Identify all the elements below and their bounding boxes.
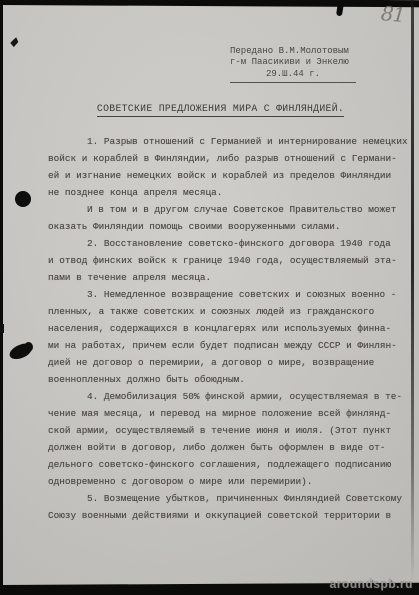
text-line: оказать Финляндии помощь своими вооружен… — [48, 218, 390, 235]
ink-speck — [9, 36, 19, 48]
text-line: 5. Возмещение убытков, причиненных Финля… — [48, 490, 390, 507]
text-line: должен войти в договор, либо должен быть… — [48, 439, 390, 456]
transmission-line: г-м Паасикиви и Энкелю — [230, 57, 356, 68]
text-line: пами в течение апреля месяца. — [48, 269, 390, 286]
paragraph-4: 4. Демобилизация 50% финской армии, осущ… — [48, 388, 390, 490]
text-line: ми на работах, причем если будет подписа… — [48, 337, 390, 354]
text-line: 4. Демобилизация 50% финской армии, осущ… — [48, 388, 390, 405]
text-line: и отвод финских войск к границе 1940 год… — [48, 252, 390, 269]
paragraph-3: 3. Немедленное возвращение советских и с… — [48, 286, 390, 388]
paragraph-1: 1. Разрыв отношений с Германией и интерн… — [48, 133, 390, 201]
document-body: 1. Разрыв отношений с Германией и интерн… — [48, 133, 390, 524]
text-line: 3. Немедленное возвращение советских и с… — [48, 286, 390, 303]
paragraph-5: 5. Возмещение убытков, причиненных Финля… — [48, 490, 390, 524]
text-line: И в том и в другом случае Советское Прав… — [48, 201, 390, 218]
text-line: 1. Разрыв отношений с Германией и интерн… — [48, 133, 390, 150]
transmission-date: 29.Ш.44 г. — [230, 69, 356, 83]
text-line: одновременно с договором о мире или пере… — [48, 473, 390, 490]
scanned-document-page: 81 Передано В.М.Молотовым г-м Паасикиви … — [0, 0, 419, 595]
transmission-note: Передано В.М.Молотовым г-м Паасикиви и Э… — [230, 46, 356, 83]
scan-border-top — [0, 0, 419, 7]
scan-edge-shadow-right — [411, 0, 414, 583]
text-line: ей и изгнание немецких войск и кораблей … — [48, 167, 390, 184]
text-line: дией не договор о перемирии, а договор о… — [48, 354, 390, 371]
text-line: пленных, а также советских и союзных люд… — [48, 303, 390, 320]
document-title-text: СОВЕТСКИЕ ПРЕДЛОЖЕНИЯ МИРА С ФИНЛЯНДИЕЙ. — [97, 103, 344, 117]
paragraph-1a: И в том и в другом случае Советское Прав… — [48, 201, 390, 235]
text-line: ской армии, осуществляемый в течение июн… — [48, 422, 390, 439]
text-line: дельного советско-финского соглашения, п… — [48, 456, 390, 473]
text-line: населения, содержащихся в концлагерях ил… — [48, 320, 390, 337]
edge-mark — [0, 324, 4, 333]
paragraph-2: 2. Восстановление советско-финского дого… — [48, 235, 390, 286]
text-line: не позднее конца апреля месяца. — [48, 184, 390, 201]
text-line: войск и кораблей в Финляндии, либо разры… — [48, 150, 390, 167]
scan-border-left — [0, 0, 3, 590]
text-line: 2. Восстановление советско-финского дого… — [48, 235, 390, 252]
document-title: СОВЕТСКИЕ ПРЕДЛОЖЕНИЯ МИРА С ФИНЛЯНДИЕЙ. — [48, 103, 393, 114]
handwritten-page-number: 81 — [380, 1, 405, 27]
text-line: военнопленных должно быть обоюдным. — [48, 371, 390, 388]
hole-punch-mark — [24, 342, 33, 352]
ink-mark — [336, 2, 344, 17]
text-line: Союзу военными действиями и оккупацией с… — [48, 507, 390, 524]
transmission-line: Передано В.М.Молотовым — [230, 46, 356, 57]
hole-punch-mark — [15, 191, 31, 207]
watermark: aroundspb.ru — [330, 577, 413, 591]
text-line: чение мая месяца, и перевод на мирное по… — [48, 405, 390, 422]
